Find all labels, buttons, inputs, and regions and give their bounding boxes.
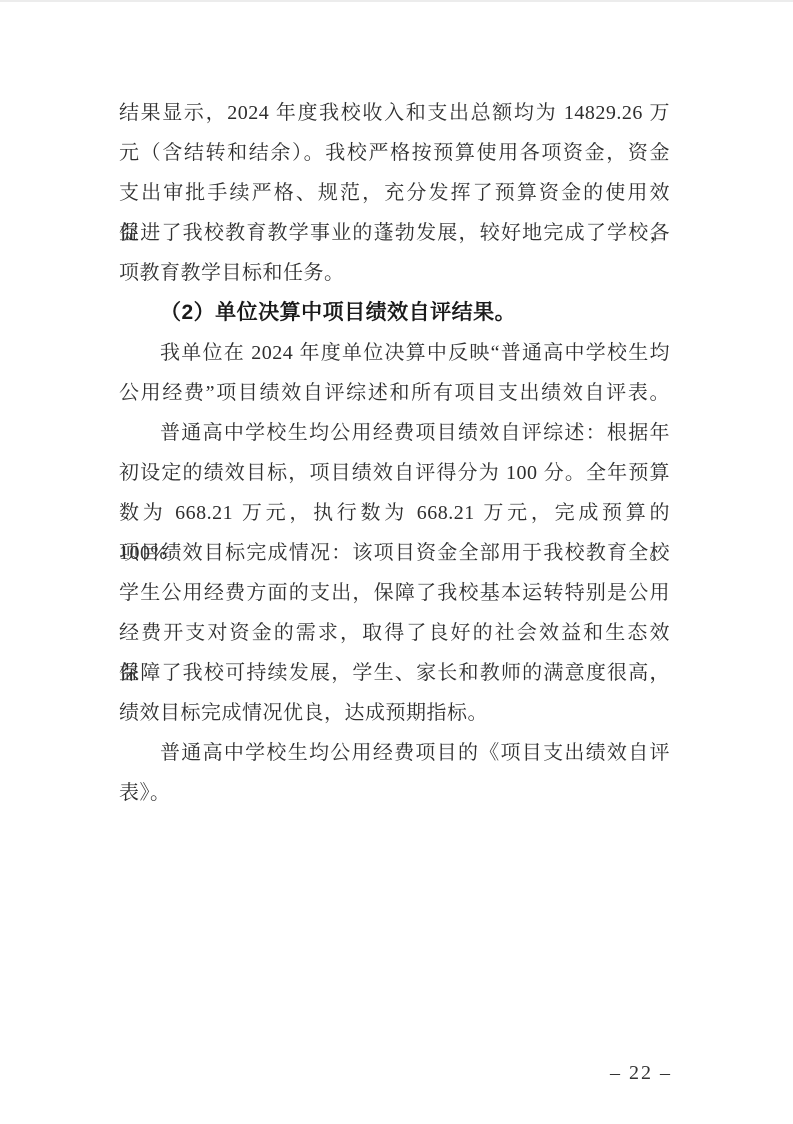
text-line: 支出审批手续严格、规范，充分发挥了预算资金的使用效益， <box>119 173 670 213</box>
text-line: 普通高中学校生均公用经费项目的《项目支出绩效自评 <box>119 733 670 773</box>
page-number: – 22 – <box>596 1058 686 1088</box>
text-line: 元（含结转和结余）。我校严格按预算使用各项资金，资金 <box>119 133 670 173</box>
document-page: 结果显示，2024 年度我校收入和支出总额均为 14829.26 万 元（含结转… <box>0 0 793 1124</box>
text-line: 保障了我校可持续发展，学生、家长和教师的满意度很高， <box>119 653 670 693</box>
text-line: 表》。 <box>119 773 670 813</box>
text-line: 初设定的绩效目标，项目绩效自评得分为 100 分。全年预算 <box>119 453 670 493</box>
text-line: 学生公用经费方面的支出，保障了我校基本运转特别是公用 <box>119 573 670 613</box>
text-line: 经费开支对资金的需求，取得了良好的社会效益和生态效益， <box>119 613 670 653</box>
document-body: 结果显示，2024 年度我校收入和支出总额均为 14829.26 万 元（含结转… <box>119 93 670 813</box>
text-line: 结果显示，2024 年度我校收入和支出总额均为 14829.26 万 <box>119 93 670 133</box>
heading-line: （2）单位决算中项目绩效自评结果。 <box>119 293 670 333</box>
text-line: 我单位在 2024 年度单位决算中反映“普通高中学校生均 <box>119 333 670 373</box>
text-line: 数为 668.21 万元，执行数为 668.21 万元，完成预算的 100%。 <box>119 493 670 533</box>
text-line: 公用经费”项目绩效自评综述和所有项目支出绩效自评表。 <box>119 373 670 413</box>
text-line: 促进了我校教育教学事业的蓬勃发展，较好地完成了学校各 <box>119 213 670 253</box>
text-line: 绩效目标完成情况优良，达成预期指标。 <box>119 693 670 733</box>
text-line: 项目绩效目标完成情况：该项目资金全部用于我校教育全校 <box>119 533 670 573</box>
text-line: 项教育教学目标和任务。 <box>119 253 670 293</box>
text-line: 普通高中学校生均公用经费项目绩效自评综述：根据年 <box>119 413 670 453</box>
